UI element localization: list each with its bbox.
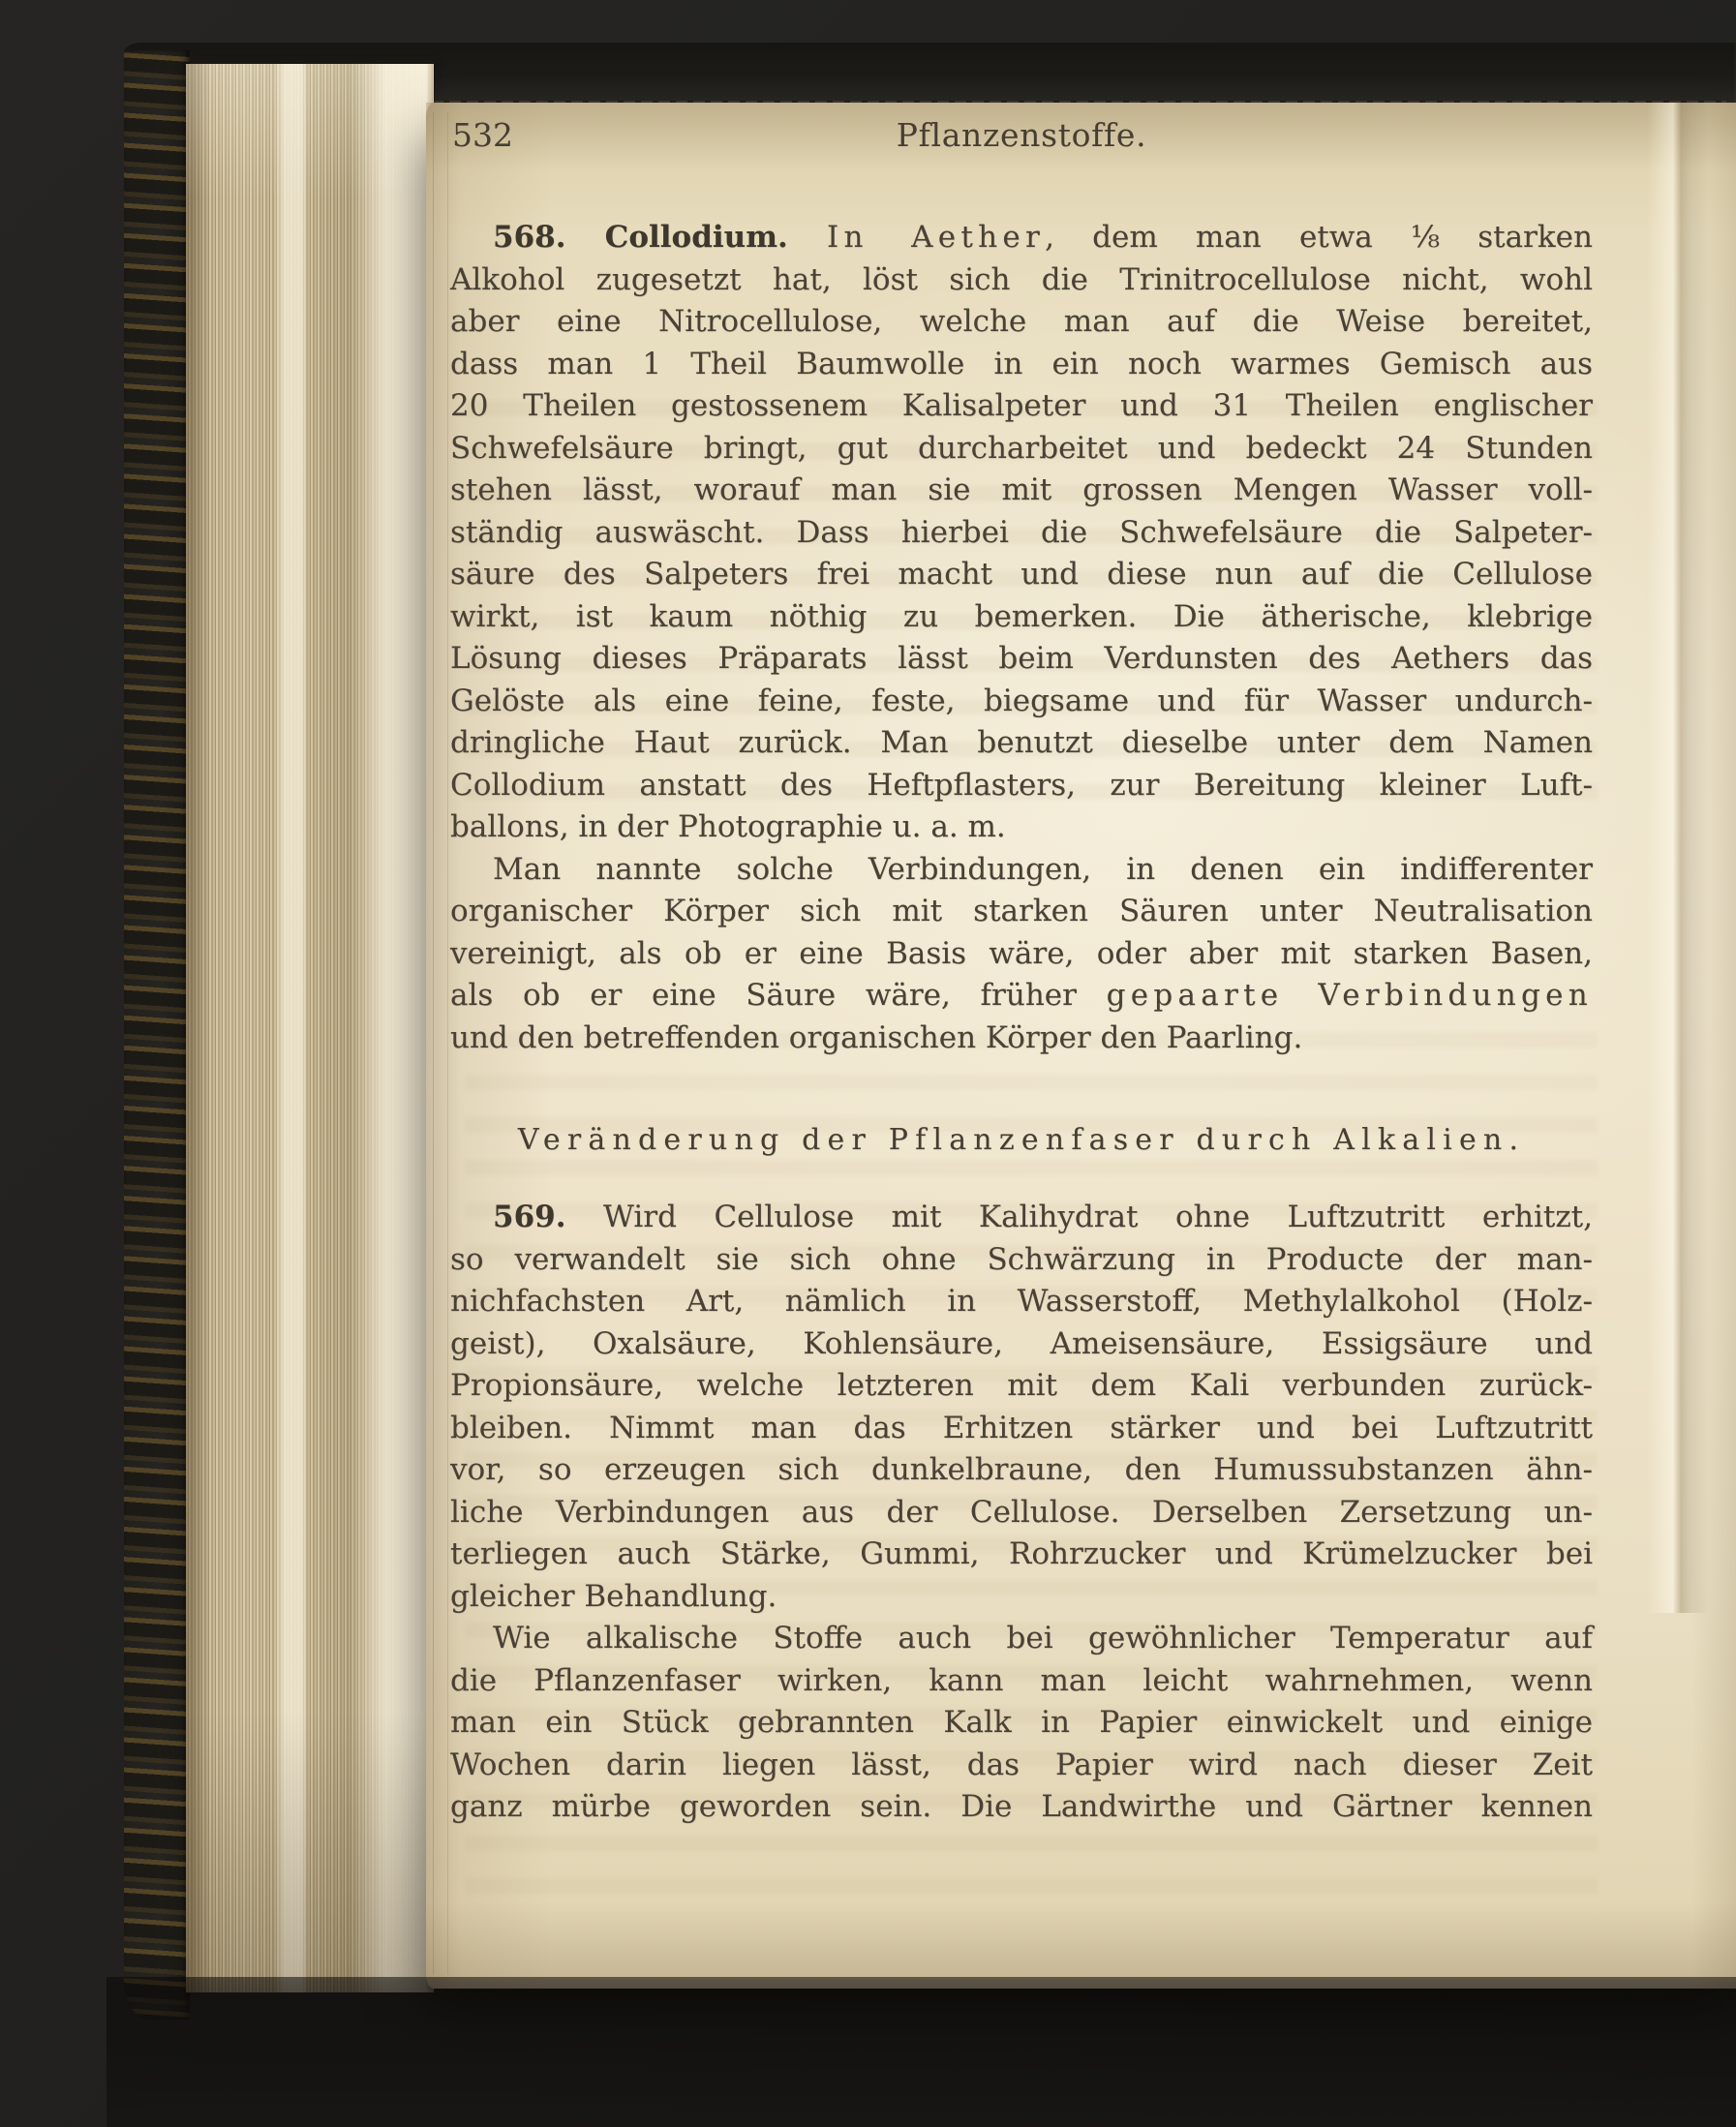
paragraph: 568. Collodium. In Aether, dem man etwa … — [450, 217, 1593, 849]
paragraph: 569. Wird Cellulose mit Kalihydrat ohne … — [450, 1197, 1593, 1618]
text-line: und den betreffenden organischen Körper … — [450, 1018, 1593, 1060]
text-line: Schwefelsäure bringt, gut durcharbeitet … — [450, 428, 1593, 471]
page-header-row: 532 Pflanzenstoffe. — [450, 114, 1593, 157]
text-line: ganz mürbe geworden sein. Die Landwirthe… — [450, 1786, 1593, 1829]
page-number: 532 — [452, 114, 513, 157]
text-line: vor, so erzeugen sich dunkelbraune, den … — [450, 1449, 1593, 1492]
page-text: 568. Collodium. In Aether, dem man etwa … — [450, 217, 1593, 1829]
text-line: Alkohol zugesetzt hat, löst sich die Tri… — [450, 259, 1593, 302]
section-heading: Veränderung der Pflanzenfaser durch Alka… — [450, 1119, 1593, 1162]
text-line: 568. Collodium. In Aether, dem man etwa … — [450, 217, 1593, 259]
text-line: man ein Stück gebrannten Kalk in Papier … — [450, 1702, 1593, 1745]
text-line: wirkt, ist kaum nöthig zu bemerken. Die … — [450, 596, 1593, 639]
text-line: Wochen darin liegen lässt, das Papier wi… — [450, 1745, 1593, 1787]
text-line: liche Verbindungen aus der Cellulose. De… — [450, 1492, 1593, 1534]
running-header: Pflanzenstoffe. — [450, 114, 1593, 157]
page-bottom-shading — [426, 1901, 1736, 1989]
text-line: geist), Oxalsäure, Kohlensäure, Ameisens… — [450, 1323, 1593, 1366]
text-line: 20 Theilen gestossenem Kalisalpeter und … — [450, 385, 1593, 428]
page-right-shading — [1691, 103, 1736, 1989]
text-line: dringliche Haut zurück. Man benutzt dies… — [450, 722, 1593, 765]
text-line: organischer Körper sich mit starken Säur… — [450, 891, 1593, 933]
text-line: aber eine Nitrocellulose, welche man auf… — [450, 301, 1593, 344]
text-line: ständig auswäscht. Dass hierbei die Schw… — [450, 512, 1593, 555]
text-line: vereinigt, als ob er eine Basis wäre, od… — [450, 933, 1593, 976]
text-line: stehen lässt, worauf man sie mit grossen… — [450, 470, 1593, 512]
book-cover-spine-edge — [124, 50, 190, 2020]
book-photo: 532 Pflanzenstoffe. 568. Collodium. In A… — [0, 0, 1736, 2127]
text-line: Propionsäure, welche letzteren mit dem K… — [450, 1365, 1593, 1408]
stacked-page-edge-lines — [433, 112, 448, 1975]
text-line: Gelöste als eine feine, feste, biegsame … — [450, 681, 1593, 723]
text-line: dass man 1 Theil Baumwolle in ein noch w… — [450, 344, 1593, 386]
text-line: bleiben. Nimmt man das Erhitzen stärker … — [450, 1408, 1593, 1450]
text-line: 569. Wird Cellulose mit Kalihydrat ohne … — [450, 1197, 1593, 1239]
text-line: säure des Salpeters frei macht und diese… — [450, 554, 1593, 596]
text-line: als ob er eine Säure wäre, früher gepaar… — [450, 975, 1593, 1018]
text-line: Lösung dieses Präparats lässt beim Verdu… — [450, 638, 1593, 681]
paragraph: Wie alkalische Stoffe auch bei gewöhnlic… — [450, 1618, 1593, 1829]
text-line: Wie alkalische Stoffe auch bei gewöhnlic… — [450, 1618, 1593, 1660]
text-line: gleicher Behandlung. — [450, 1576, 1593, 1619]
book-page: 532 Pflanzenstoffe. 568. Collodium. In A… — [426, 103, 1736, 1989]
text-line: terliegen auch Stärke, Gummi, Rohrzucker… — [450, 1534, 1593, 1576]
text-line: Collodium anstatt des Heftpflasters, zur… — [450, 765, 1593, 807]
book-shadow — [107, 1977, 1736, 2127]
text-line: die Pflanzenfaser wirken, kann man leich… — [450, 1660, 1593, 1703]
text-line: nichfachsten Art, nämlich in Wasserstoff… — [450, 1281, 1593, 1323]
paragraph: Man nannte solche Verbindungen, in denen… — [450, 849, 1593, 1060]
text-line: ballons, in der Photographie u. a. m. — [450, 806, 1593, 849]
text-line: so verwandelt sie sich ohne Schwärzung i… — [450, 1239, 1593, 1282]
text-line: Man nannte solche Verbindungen, in denen… — [450, 849, 1593, 892]
page-fore-edges — [186, 64, 434, 1992]
